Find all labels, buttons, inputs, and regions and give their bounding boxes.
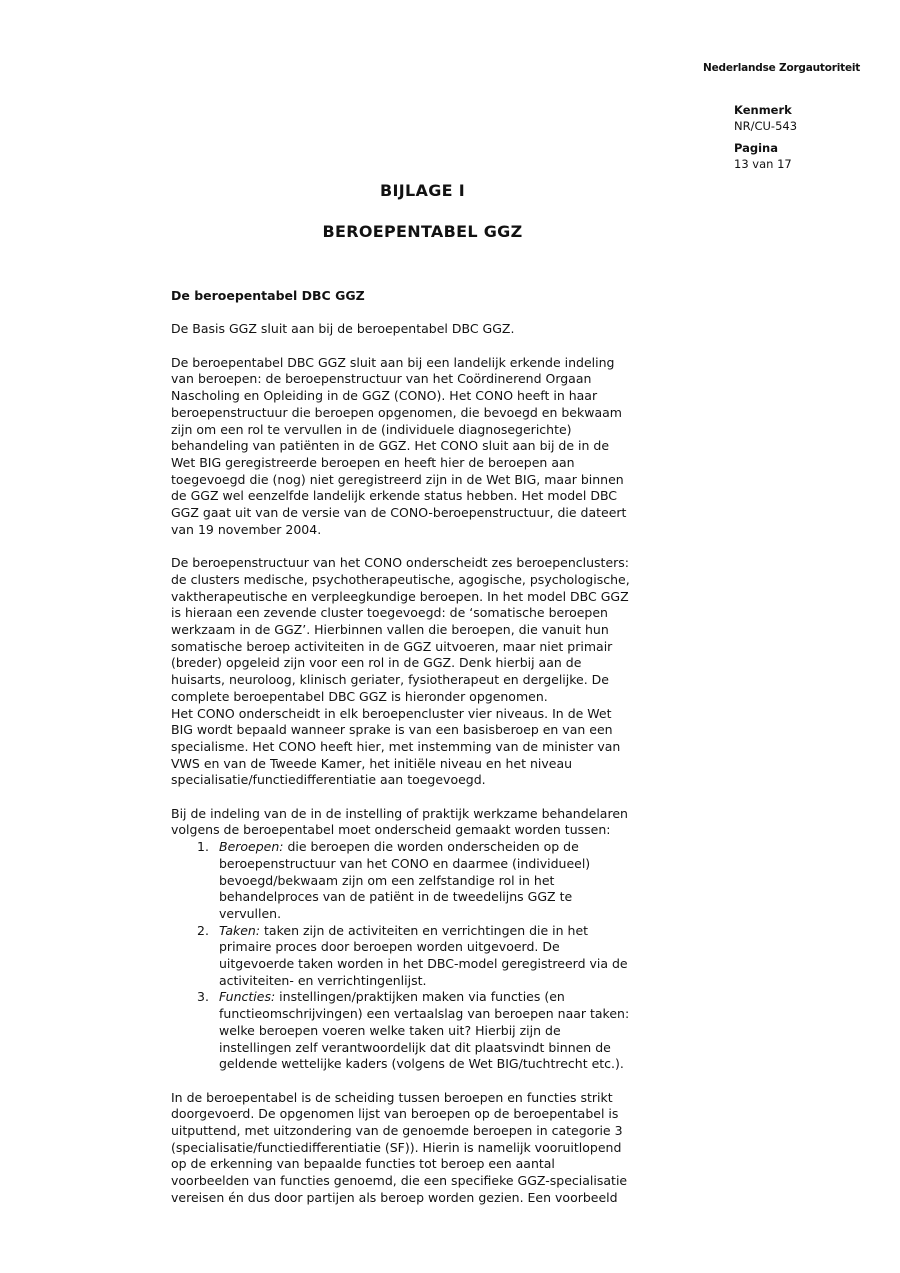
pagina-value: 13 van 17	[734, 156, 797, 172]
paragraph-list-intro: Bij de indeling van de in de instelling …	[171, 806, 711, 839]
list-item-number: 2.	[197, 923, 219, 990]
paragraph-clusters: De beroepenstructuur van het CONO onders…	[171, 555, 711, 789]
list-item-body: Taken: taken zijn de activiteiten en ver…	[219, 923, 711, 990]
list-item-taken: 2.Taken: taken zijn de activiteiten en v…	[171, 923, 711, 990]
document-title: BIJLAGE I BEROEPENTABEL GGZ	[170, 181, 675, 242]
paragraph-closing: In de beroepentabel is de scheiding tuss…	[171, 1090, 711, 1207]
document-body: De beroepentabel DBC GGZ De Basis GGZ sl…	[171, 288, 711, 1223]
list-item-number: 3.	[197, 989, 219, 1073]
list-item-text: instellingen/praktijken maken via functi…	[219, 989, 629, 1071]
pagina-label: Pagina	[734, 140, 797, 156]
section-heading: De beroepentabel DBC GGZ	[171, 288, 711, 305]
list-item-functies: 3.Functies: instellingen/praktijken make…	[171, 989, 711, 1073]
list-item-text: taken zijn de activiteiten en verrichtin…	[219, 923, 628, 988]
list-item-lead: Beroepen:	[219, 839, 284, 854]
paragraph-cono-structure: De beroepentabel DBC GGZ sluit aan bij e…	[171, 355, 711, 539]
title-line-1: BIJLAGE I	[170, 181, 675, 201]
document-page: Nederlandse Zorgautoriteit Kenmerk NR/CU…	[0, 0, 900, 1273]
organization-name: Nederlandse Zorgautoriteit	[703, 62, 860, 74]
pagina-block: Pagina 13 van 17	[734, 140, 797, 172]
list-item-number: 1.	[197, 839, 219, 923]
paragraph-intro: De Basis GGZ sluit aan bij de beroepenta…	[171, 321, 711, 338]
kenmerk-block: Kenmerk NR/CU-543	[734, 102, 797, 134]
list-item-lead: Taken:	[219, 923, 260, 938]
document-meta: Kenmerk NR/CU-543 Pagina 13 van 17	[734, 102, 797, 172]
list-item-beroepen: 1.Beroepen: die beroepen die worden onde…	[171, 839, 711, 923]
title-line-2: BEROEPENTABEL GGZ	[170, 222, 675, 242]
list-item-body: Beroepen: die beroepen die worden onders…	[219, 839, 711, 923]
list-item-body: Functies: instellingen/praktijken maken …	[219, 989, 711, 1073]
numbered-list: 1.Beroepen: die beroepen die worden onde…	[171, 839, 711, 1073]
list-item-lead: Functies:	[219, 989, 275, 1004]
kenmerk-label: Kenmerk	[734, 102, 797, 118]
kenmerk-value: NR/CU-543	[734, 118, 797, 134]
